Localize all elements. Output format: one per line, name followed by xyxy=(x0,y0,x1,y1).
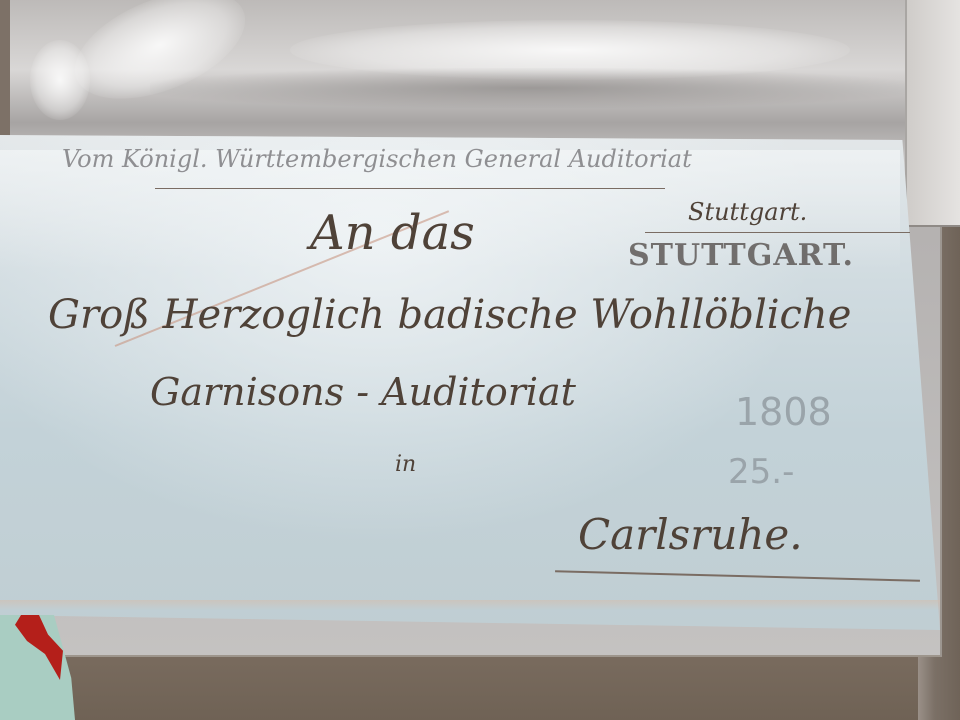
destination-city: Carlsruhe. xyxy=(578,510,803,559)
photo-scene: Vom Königl. Württembergischen General Au… xyxy=(0,0,960,720)
salutation: An das xyxy=(310,205,475,261)
city-underline xyxy=(645,232,910,233)
sender-line: Vom Königl. Württembergischen General Au… xyxy=(62,145,692,173)
sleeve-fold-shadow xyxy=(150,68,910,108)
preposition-in: in xyxy=(395,452,416,477)
recipient-line-2: Garnisons - Auditoriat xyxy=(150,370,576,414)
letter-bottom-edge xyxy=(0,600,940,610)
recipient-line-1: Groß Herzoglich badische Wohllöbliche xyxy=(48,292,851,338)
pencil-year: 1808 xyxy=(735,390,832,434)
adjacent-sleeve xyxy=(905,0,960,227)
glare-reflection xyxy=(30,40,90,120)
postmark-stamp: STUTTGART. xyxy=(628,238,854,273)
sender-underline xyxy=(155,188,665,189)
pencil-date: 25.- xyxy=(728,452,794,492)
sender-city: Stuttgart. xyxy=(688,198,807,226)
